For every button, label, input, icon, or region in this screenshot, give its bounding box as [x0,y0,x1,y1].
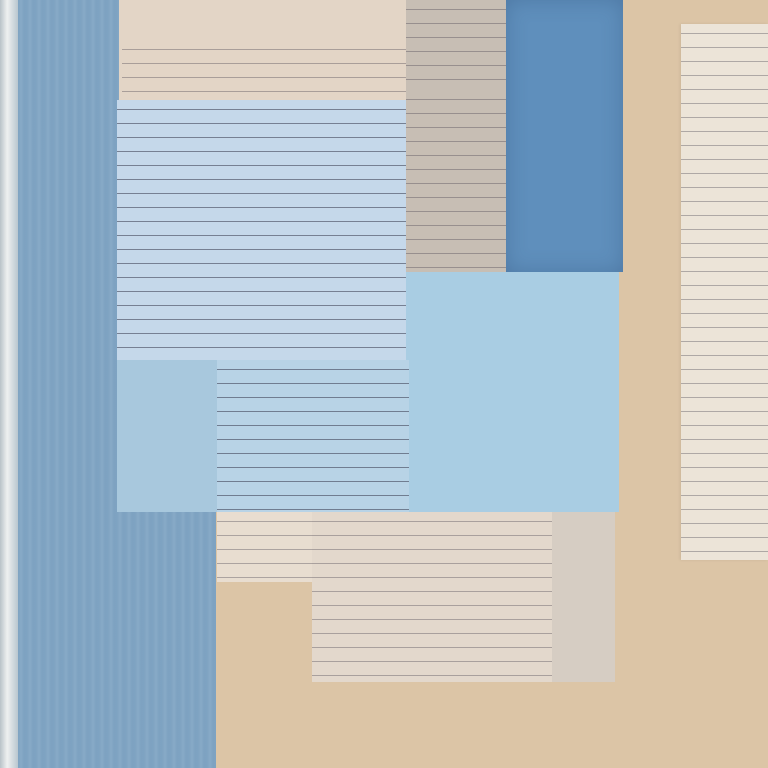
dark-blue-block [506,0,623,272]
middle-light-blue-square [406,272,619,512]
bottom-grey-strip [552,512,615,682]
collage-artwork [0,0,768,768]
grey-script-strip [406,0,506,272]
left-edge-strip [0,0,18,768]
right-script-page [681,24,768,560]
bottom-script-sheet [312,512,552,682]
small-script-note [217,512,312,582]
light-blue-script-sheet [117,100,409,360]
lower-left-light-blue-block [117,360,219,512]
lower-script-band [217,360,409,512]
